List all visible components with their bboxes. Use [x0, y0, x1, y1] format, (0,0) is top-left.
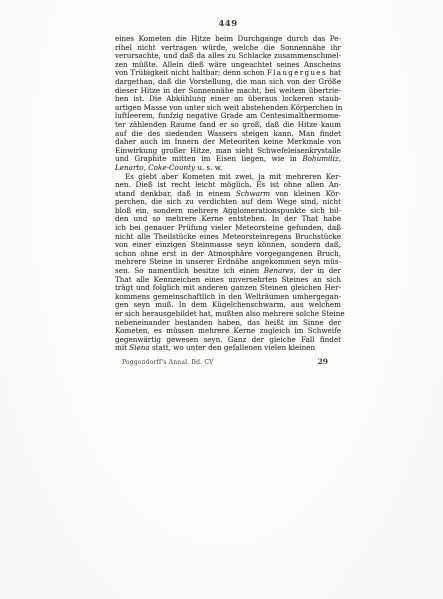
scanned-book-page: 449 eines Kometen die Hitze beim Durchga…: [0, 0, 443, 599]
text-segment-italic: Bohumiliz: [302, 154, 338, 163]
text-line: mit Siena statt, wo unter den gefallenen…: [115, 344, 341, 353]
text-segment: statt, wo unter den gefallenen vielen kl…: [150, 343, 315, 352]
footer-journal-signature: Poggendorff's Annal. Bd. CV: [115, 359, 214, 366]
text-segment: mit: [115, 343, 129, 352]
page-number: 449: [115, 19, 341, 29]
text-block: eines Kometen die Hitze beim Durchgange …: [115, 35, 341, 353]
text-column: 449 eines Kometen die Hitze beim Durchga…: [115, 0, 341, 366]
page-footer: Poggendorff's Annal. Bd. CV 29: [115, 357, 341, 366]
footer-sheet-number: 29: [318, 357, 341, 366]
text-segment: ,: [339, 154, 341, 163]
text-segment-italic: Siena: [129, 343, 149, 352]
